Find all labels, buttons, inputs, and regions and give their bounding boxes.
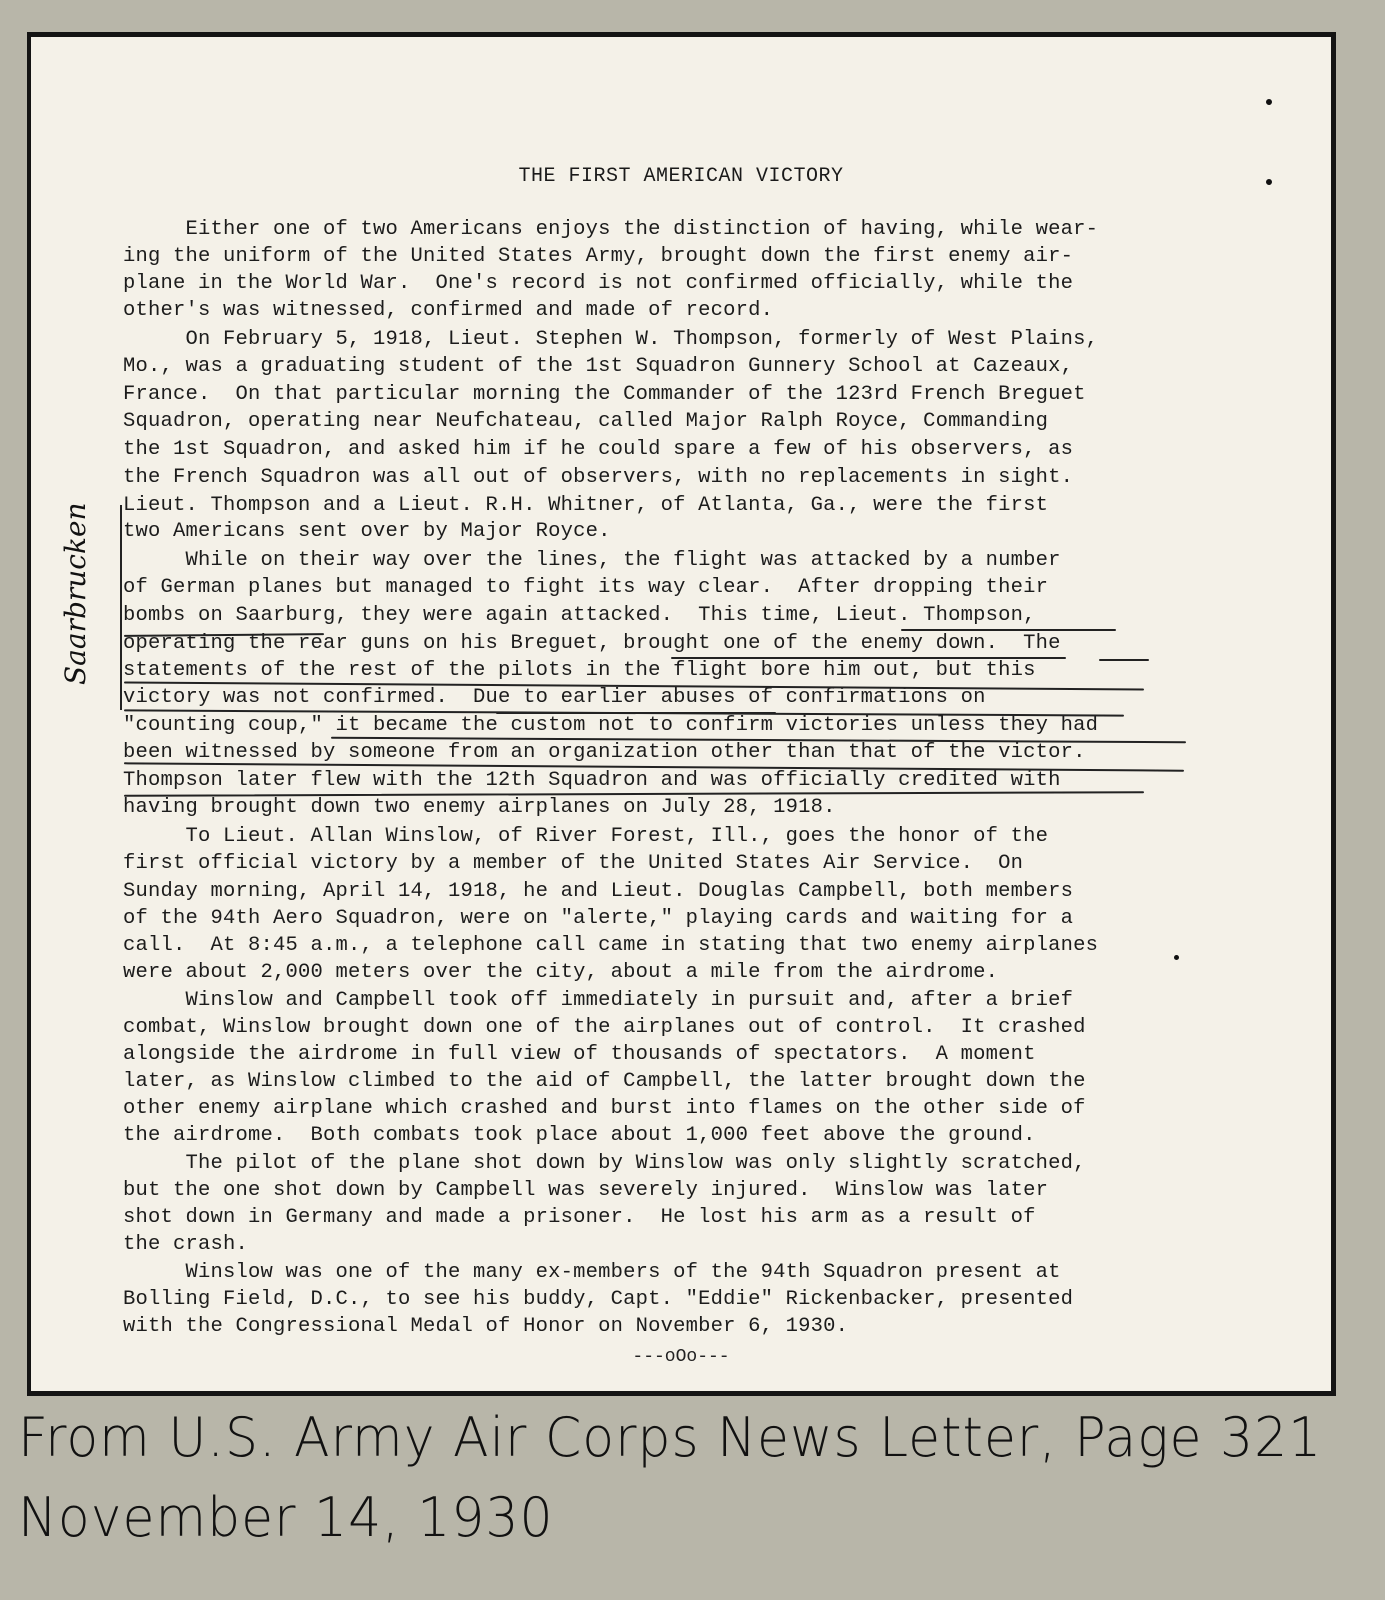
- page-mark: [1174, 955, 1179, 960]
- text-line: Thompson later flew with the 12th Squadr…: [123, 768, 1061, 794]
- text-line: statements of the rest of the pilots in …: [123, 658, 1036, 684]
- text-line: "counting coup," it became the custom no…: [123, 713, 1098, 739]
- text-line: shot down in Germany and made a prisoner…: [123, 1205, 1036, 1231]
- margin-bracket: [120, 505, 122, 710]
- text-line: other enemy airplane which crashed and b…: [123, 1096, 1086, 1122]
- text-line: plane in the World War. One's record is …: [123, 271, 1073, 297]
- text-line: Winslow and Campbell took off immediatel…: [123, 988, 1073, 1014]
- text-line: the 1st Squadron, and asked him if he co…: [123, 437, 1073, 463]
- text-line: bombs on Saarburg, they were again attac…: [123, 603, 1036, 629]
- text-line: having brought down two enemy airplanes …: [123, 795, 836, 821]
- text-line: been witnessed by someone from an organi…: [123, 740, 1086, 766]
- document-title: THE FIRST AMERICAN VICTORY: [31, 165, 1331, 188]
- text-line: ing the uniform of the United States Arm…: [123, 244, 1073, 270]
- text-line: call. At 8:45 a.m., a telephone call cam…: [123, 933, 1098, 959]
- source-date: November 14, 1930: [18, 1487, 554, 1550]
- source-caption: From U.S. Army Air Corps News Letter, Pa…: [18, 1407, 1322, 1470]
- text-line: Mo., was a graduating student of the 1st…: [123, 354, 1073, 380]
- text-line: the French Squadron was all out of obser…: [123, 465, 1073, 491]
- text-line: other's was witnessed, confirmed and mad…: [123, 298, 773, 324]
- text-line: later, as Winslow climbed to the aid of …: [123, 1069, 1086, 1095]
- handwritten-underline: [1099, 659, 1149, 661]
- text-line: To Lieut. Allan Winslow, of River Forest…: [123, 824, 1048, 850]
- text-line: On February 5, 1918, Lieut. Stephen W. T…: [123, 327, 1098, 353]
- page-mark: [1266, 99, 1272, 105]
- text-line: Squadron, operating near Neufchateau, ca…: [123, 409, 1048, 435]
- text-line: but the one shot down by Campbell was se…: [123, 1178, 1048, 1204]
- end-separator: ---oOo---: [31, 1347, 1331, 1367]
- text-line: France. On that particular morning the C…: [123, 382, 1086, 408]
- handwritten-underline: [496, 712, 776, 714]
- text-line: with the Congressional Medal of Honor on…: [123, 1314, 848, 1340]
- text-line: the airdrome. Both combats took place ab…: [123, 1123, 1036, 1149]
- text-line: alongside the airdrome in full view of t…: [123, 1042, 1036, 1068]
- text-line: While on their way over the lines, the f…: [123, 548, 1061, 574]
- text-line: were about 2,000 meters over the city, a…: [123, 960, 998, 986]
- text-line: Bolling Field, D.C., to see his buddy, C…: [123, 1287, 1073, 1313]
- text-line: of German planes but managed to fight it…: [123, 575, 1048, 601]
- text-line: Winslow was one of the many ex-members o…: [123, 1260, 1061, 1286]
- text-line: victory was not confirmed. Due to earlie…: [123, 685, 986, 711]
- text-line: first official victory by a member of th…: [123, 851, 1023, 877]
- text-line: the crash.: [123, 1232, 248, 1258]
- text-line: Sunday morning, April 14, 1918, he and L…: [123, 879, 1073, 905]
- text-line: combat, Winslow brought down one of the …: [123, 1015, 1086, 1041]
- handwritten-underline: [671, 657, 1066, 659]
- text-line: of the 94th Aero Squadron, were on "aler…: [123, 906, 1073, 932]
- handwritten-underline: [901, 629, 1116, 631]
- text-line: Either one of two Americans enjoys the d…: [123, 217, 1098, 243]
- margin-annotation: Saarbrucken: [59, 502, 92, 685]
- text-line: Lieut. Thompson and a Lieut. R.H. Whitne…: [123, 493, 1048, 519]
- text-line: two Americans sent over by Major Royce.: [123, 519, 611, 545]
- text-line: The pilot of the plane shot down by Wins…: [123, 1151, 1086, 1177]
- document-page: THE FIRST AMERICAN VICTORY Either one of…: [27, 32, 1336, 1396]
